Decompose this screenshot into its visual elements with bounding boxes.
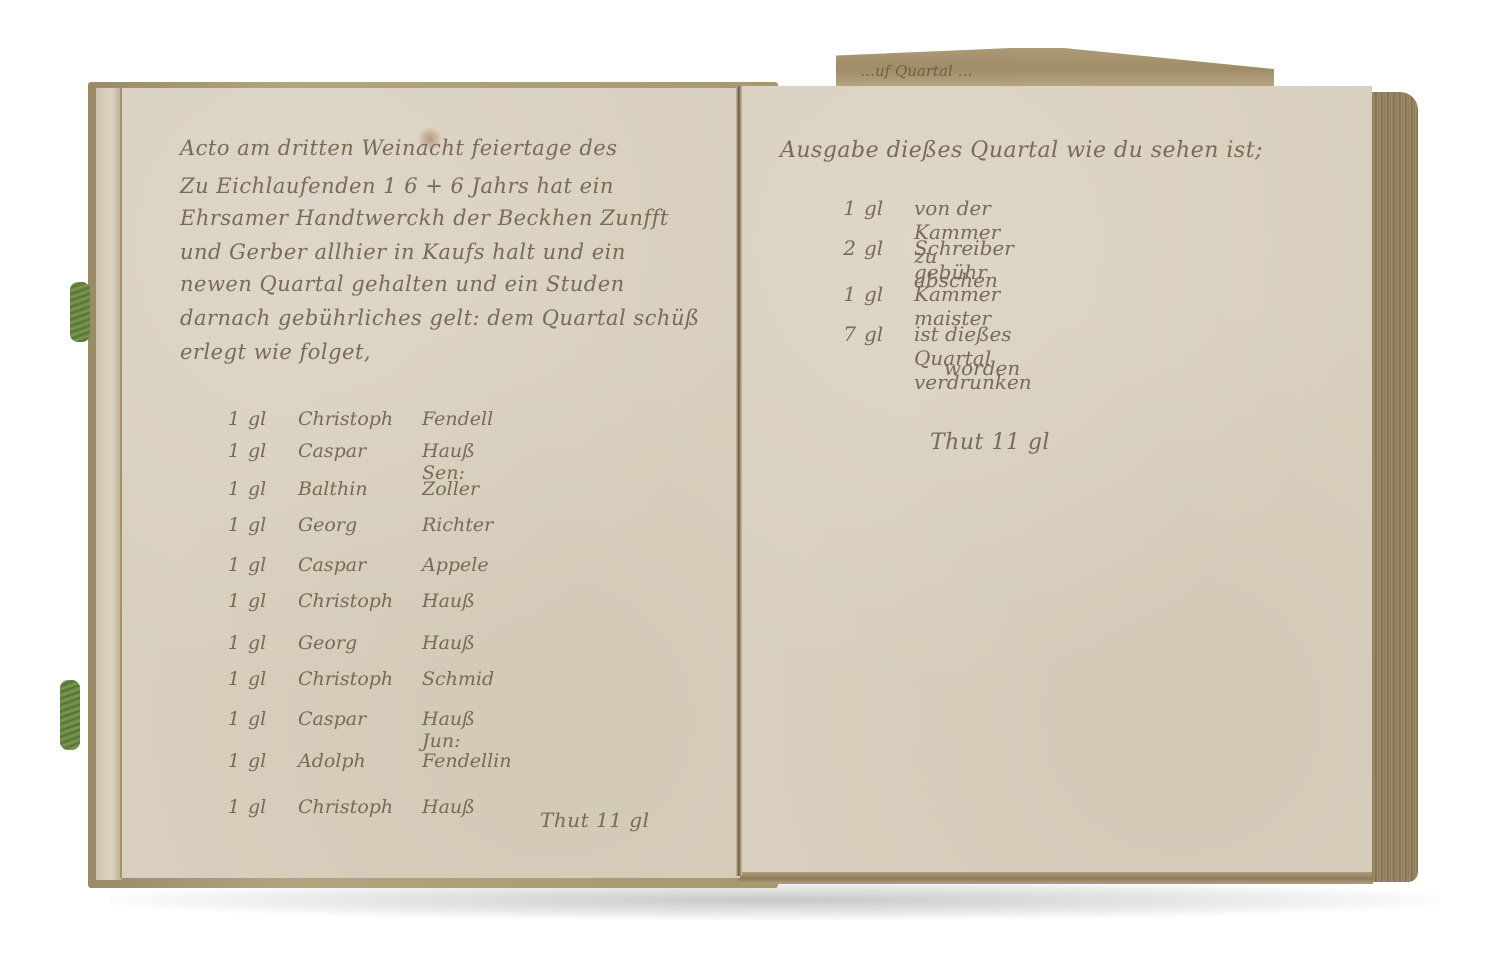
left-paragraph-line-6: darnach gebührliches gelt: dem Quartal s… xyxy=(180,306,700,330)
left-paragraph-line-5: newen Quartal gehalten und ein Studen xyxy=(180,272,625,296)
left-paragraph-line-7: erlegt wie folget, xyxy=(180,340,371,364)
right-page-heading: Ausgabe dießes Quartal wie du sehen ist; xyxy=(780,138,1263,163)
flap-text: …uf Quartal … xyxy=(860,62,973,80)
book-cover-bottom-edge xyxy=(738,870,1373,884)
left-paragraph-line-4: und Gerber allhier in Kaufs halt und ein xyxy=(180,240,626,264)
right-page-total: Thut 11 gl xyxy=(930,430,1050,455)
top-paper-flap: …uf Quartal … xyxy=(836,48,1274,90)
cover-inner-board xyxy=(96,88,122,880)
book-gutter xyxy=(736,86,742,876)
left-page-total: Thut 11 gl xyxy=(540,808,650,832)
page-block-fore-edge xyxy=(1372,92,1418,882)
binding-thread-upper xyxy=(70,282,90,342)
left-paragraph-line-1: Acto am dritten Weinacht feiertage des xyxy=(180,136,618,160)
left-paragraph-line-3: Ehrsamer Handtwerckh der Beckhen Zunfft xyxy=(180,206,669,230)
left-paragraph-line-2: Zu Eichlaufenden 1 6 + 6 Jahrs hat ein xyxy=(180,174,614,198)
binding-thread-lower xyxy=(60,680,80,750)
